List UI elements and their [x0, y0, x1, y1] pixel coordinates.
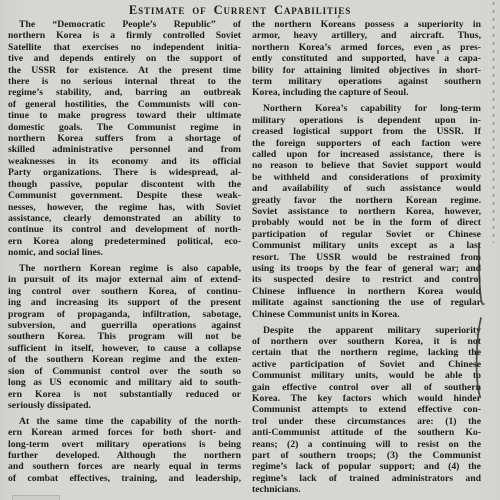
text-line: Chinese influence in northern Korea woul… — [252, 286, 481, 297]
text-line: ern Korea is not substantially reduced o… — [8, 389, 241, 400]
text-line: the northern Koreans possess a superiori… — [252, 19, 481, 30]
text-line: skilled administrative personnel and fro… — [8, 144, 241, 155]
text-line: resort. The USSR would be restrained fro… — [252, 252, 481, 263]
text-line: ently constituted and supported, have a … — [252, 53, 481, 64]
text-line: Satellite that exercises no independent … — [8, 42, 241, 53]
text-line: probably would not be in the form of dir… — [252, 217, 481, 228]
text-line: called upon for increased assistance, th… — [252, 149, 481, 160]
text-line: weaknesses in its economy and its offici… — [8, 156, 241, 167]
text-line: be withheld and considerations of proxim… — [252, 172, 481, 183]
document-page: Estimate of Current Capabilities The “De… — [0, 0, 500, 500]
text-line: and southern forces are nearly equal in … — [8, 461, 241, 472]
text-line: long as US economic and military aid to … — [8, 377, 241, 388]
text-line: reans; (2) a continuing will to resist o… — [252, 439, 481, 450]
text-line: Party organizations. There is widespread… — [8, 167, 241, 178]
text-line: Communist government. Despite these weak… — [8, 190, 241, 201]
text-line: Communist attempts to extend effective c… — [252, 404, 481, 415]
text-line: of combat effectives, training, and lead… — [8, 473, 241, 484]
scan-speck — [437, 50, 439, 54]
cutoff-footnote-artifact — [12, 495, 60, 500]
text-line: ern Korean armed forces for both short- … — [8, 427, 241, 438]
text-line: northern Korea’s armed forces, even as p… — [252, 42, 481, 53]
text-line: Korea. The key factors which would hinde… — [252, 393, 481, 404]
text-line: ern Korea along predetermined political,… — [8, 236, 241, 247]
text-line: of general hostilities, the Communists w… — [8, 99, 241, 110]
text-line: certain that the northern regime, lackin… — [252, 347, 481, 358]
text-line: term military operations against souther… — [252, 76, 481, 87]
text-line: creased logistical support from the USSR… — [252, 126, 481, 137]
paragraph: At the same time the capability of the n… — [8, 416, 241, 484]
text-line: trol under these circumstances are: (1) … — [252, 416, 481, 427]
text-line: nesses, however, the regime has, with So… — [8, 202, 241, 213]
text-line: further developed. Although the northern — [8, 450, 241, 461]
text-line: tinue to make progress toward their ulti… — [8, 110, 241, 121]
text-line: assistance, clearly demonstrated an abil… — [8, 213, 241, 224]
text-line: participation of regular Soviet or Chine… — [252, 229, 481, 240]
text-line: technicians. — [252, 484, 481, 495]
text-line: in pursuit of its major external aim of … — [8, 274, 241, 285]
text-line: of northern over southern Korea, it is n… — [252, 336, 481, 347]
paragraph: The “Democratic People’s Republic” ofnor… — [8, 19, 241, 259]
text-line: domestic goals. The Communist regime in — [8, 122, 241, 133]
text-line: and availability of such assistance woul… — [252, 183, 481, 194]
text-line: gain effective control over all of south… — [252, 382, 481, 393]
text-line: greatly favor the northern Korean regime… — [252, 195, 481, 206]
text-line: tive and depends entirely on the support… — [8, 53, 241, 64]
text-line: Chinese Communist units in Korea. — [252, 309, 481, 320]
text-line: the foreign supporters of each faction w… — [252, 138, 481, 149]
text-line: of the southern Korean regime and the ex… — [8, 354, 241, 365]
text-line: southern Korea. This program will not be — [8, 331, 241, 342]
text-line: regime’s lack of popular support; and (4… — [252, 461, 481, 472]
text-line: continue its control and development of … — [8, 224, 241, 235]
vertical-pen-mark-icon — [477, 318, 481, 397]
text-line: program of propaganda, infiltration, sab… — [8, 309, 241, 320]
paragraph: Northern Korea’s capability for long-ter… — [252, 103, 481, 320]
text-line: using its troops by the fear of general … — [252, 263, 481, 274]
text-line: military operations is dependent upon in… — [252, 115, 481, 126]
text-line: anti-Communist attitude of the southern … — [252, 427, 481, 438]
text-column-right: the northern Koreans possess a superiori… — [252, 19, 481, 496]
text-line: ing control over southern Korea, of cont… — [8, 286, 241, 297]
text-line: nomic, and social lines. — [8, 247, 241, 258]
text-line: armor, heavy artillery, and aircraft. Th… — [252, 30, 481, 41]
text-line: no reason to believe that Soviet support… — [252, 160, 481, 171]
text-line: militate against sanctioning the use of … — [252, 297, 481, 308]
text-line: sion of Communist control over the south… — [8, 366, 241, 377]
text-line: northern Korea suffers from a shortage o… — [8, 133, 241, 144]
text-line: The “Democratic People’s Republic” of — [8, 19, 241, 30]
text-line: seriously dissipated. — [8, 400, 241, 411]
text-line: there is no serious internal threat to t… — [8, 76, 241, 87]
text-line: At the same time the capability of the n… — [8, 416, 241, 427]
text-line: Korea, including the capture of Seoul. — [252, 87, 481, 98]
paragraph: Despite the apparent military superiorit… — [252, 325, 481, 496]
text-line: Communist military units except as a las… — [252, 240, 481, 251]
margin-annotations — [460, 0, 500, 500]
text-line: though passive, popular discontent with … — [8, 179, 241, 190]
paragraph: the northern Koreans possess a superiori… — [252, 19, 481, 99]
paragraph: The northern Korean regime is also capab… — [8, 263, 241, 411]
text-line: Despite the apparent military superiorit… — [252, 325, 481, 336]
text-line: Communist military units, would be able … — [252, 370, 481, 381]
text-line: sufficient in itself, however, to cause … — [8, 343, 241, 354]
vertical-pen-mark-icon — [479, 243, 484, 304]
text-line: The northern Korean regime is also capab… — [8, 263, 241, 274]
text-column-left: The “Democratic People’s Republic” ofnor… — [8, 19, 241, 484]
text-line: regime’s stability, and, barring an outb… — [8, 87, 241, 98]
text-line: the USSR for existence. At the present t… — [8, 65, 241, 76]
text-line: subversion, and guerrilla operations aga… — [8, 320, 241, 331]
text-line: regime’s lack of trained administrators … — [252, 473, 481, 484]
text-line: ing and increasing its support of the pr… — [8, 297, 241, 308]
text-line: its suspected desire to restrict and con… — [252, 274, 481, 285]
text-line: Northern Korea’s capability for long-ter… — [252, 103, 481, 114]
page-title: Estimate of Current Capabilities — [0, 3, 480, 18]
text-line: part of southern troops; (3) the Communi… — [252, 450, 481, 461]
text-line: Soviet assistance to northern Korea, how… — [252, 206, 481, 217]
text-line: active participation of Soviet and Chine… — [252, 359, 481, 370]
text-line: long-term overt military operations is b… — [8, 439, 241, 450]
text-line: bility for attaining limited objectives … — [252, 65, 481, 76]
text-line: northern Korea is a firmly controlled So… — [8, 30, 241, 41]
